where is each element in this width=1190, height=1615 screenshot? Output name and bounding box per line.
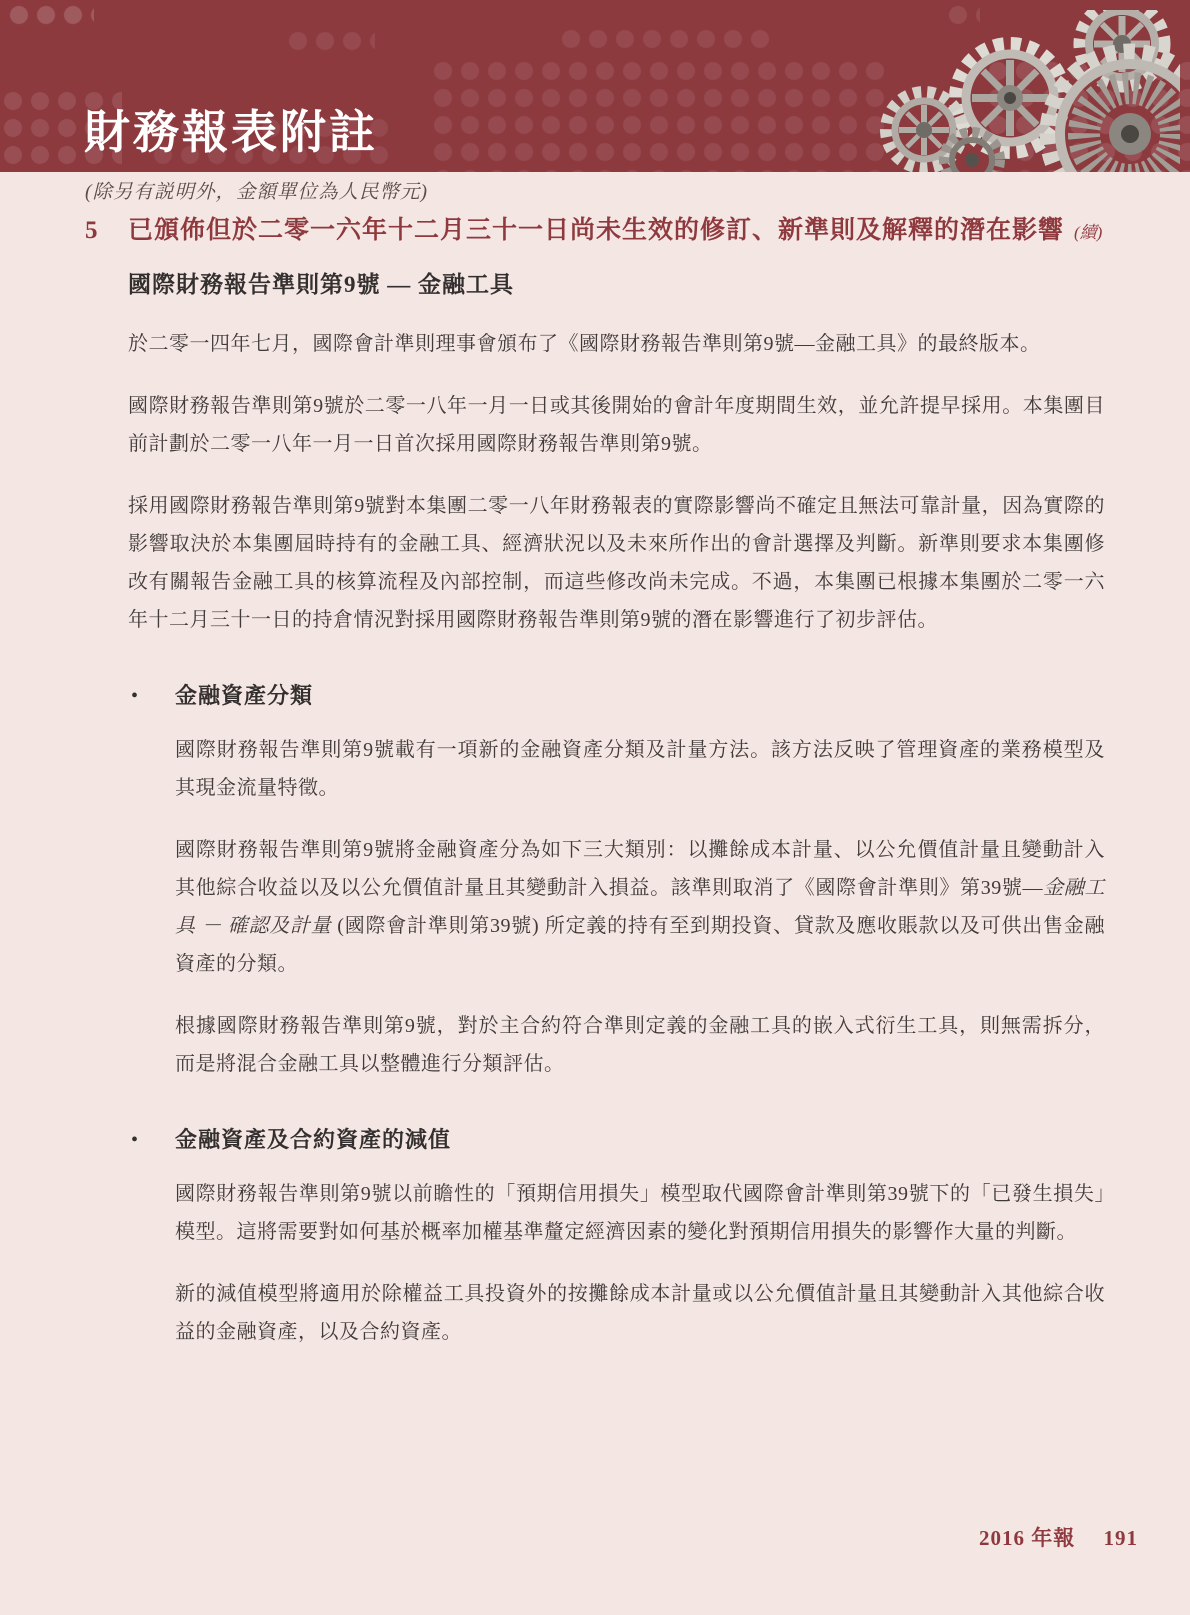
banner-dot-pattern	[430, 58, 890, 172]
bullet-heading-classification: 金融資產分類	[175, 681, 1105, 711]
page-number: 191	[1104, 1526, 1139, 1550]
impairment-paragraph-2: 新的減值模型將適用於除權益工具投資外的按攤餘成本計量或以公允價值計量且其變動計入…	[175, 1275, 1105, 1351]
section-5: 5 已頒佈但於二零一六年十二月三十一日尚未生效的修訂、新準則及解釋的潛在影響(續…	[85, 214, 1105, 1351]
section-title-text: 已頒佈但於二零一六年十二月三十一日尚未生效的修訂、新準則及解釋的潛在影響	[128, 217, 1064, 244]
section-number: 5	[85, 217, 128, 245]
document-page: 財務報表附註 (除另有説明外，金額單位為人民幣元) 5 已頒佈但於二零一六年十二…	[0, 0, 1190, 1615]
bullet-heading-impairment: 金融資產及合約資產的減值	[175, 1125, 1105, 1155]
bullet-icon: •	[128, 1125, 175, 1351]
gear-large-right	[1048, 52, 1180, 172]
report-year-label: 2016 年報	[979, 1526, 1075, 1550]
section-continued-label: (續)	[1074, 223, 1102, 242]
classification-paragraph-3: 根據國際財務報告準則第9號，對於主合約符合準則定義的金融工具的嵌入式衍生工具，則…	[175, 1007, 1105, 1083]
page-title: 財務報表附註	[84, 96, 378, 162]
classification-paragraph-2: 國際財務報告準則第9號將金融資產分為如下三大類別：以攤餘成本計量、以公允價值計量…	[175, 831, 1105, 983]
impairment-paragraph-1: 國際財務報告準則第9號以前瞻性的「預期信用損失」模型取代國際會計準則第39號下的…	[175, 1175, 1105, 1251]
gears-image	[850, 10, 1180, 172]
bullet-icon: •	[128, 681, 175, 1083]
page-banner: 財務報表附註	[0, 0, 1190, 172]
banner-dot-pattern	[285, 28, 375, 56]
section-heading-row: 5 已頒佈但於二零一六年十二月三十一日尚未生效的修訂、新準則及解釋的潛在影響(續…	[85, 214, 1105, 250]
bullet-body: 金融資產分類 國際財務報告準則第9號載有一項新的金融資產分類及計量方法。該方法反…	[175, 681, 1105, 1083]
intro-paragraph-2: 國際財務報告準則第9號於二零一八年一月一日或其後開始的會計年度期間生效，並允許提…	[128, 387, 1105, 463]
intro-paragraph-3: 採用國際財務報告準則第9號對本集團二零一八年財務報表的實際影響尚不確定且無法可靠…	[128, 487, 1105, 639]
currency-note: (除另有説明外，金額單位為人民幣元)	[85, 176, 428, 204]
bullet-section-impairment: • 金融資產及合約資產的減值 國際財務報告準則第9號以前瞻性的「預期信用損失」模…	[128, 1125, 1105, 1351]
intro-paragraph-1: 於二零一四年七月，國際會計準則理事會頒布了《國際財務報告準則第9號—金融工具》的…	[128, 325, 1105, 363]
classification-paragraph-1: 國際財務報告準則第9號載有一項新的金融資產分類及計量方法。該方法反映了管理資產的…	[175, 731, 1105, 807]
page-footer: 2016 年報 191	[979, 1522, 1138, 1552]
banner-dot-pattern	[6, 2, 94, 30]
bullet-section-classification: • 金融資產分類 國際財務報告準則第9號載有一項新的金融資產分類及計量方法。該方…	[128, 681, 1105, 1083]
bullet-body: 金融資產及合約資產的減值 國際財務報告準則第9號以前瞻性的「預期信用損失」模型取…	[175, 1125, 1105, 1351]
text-run: 國際財務報告準則第9號將金融資產分為如下三大類別：以攤餘成本計量、以公允價值計量…	[175, 839, 1105, 899]
section-title: 已頒佈但於二零一六年十二月三十一日尚未生效的修訂、新準則及解釋的潛在影響(續)	[128, 214, 1105, 250]
banner-dot-pattern	[558, 26, 770, 54]
subsection-heading: 國際財務報告準則第9號 — 金融工具	[128, 266, 1105, 299]
